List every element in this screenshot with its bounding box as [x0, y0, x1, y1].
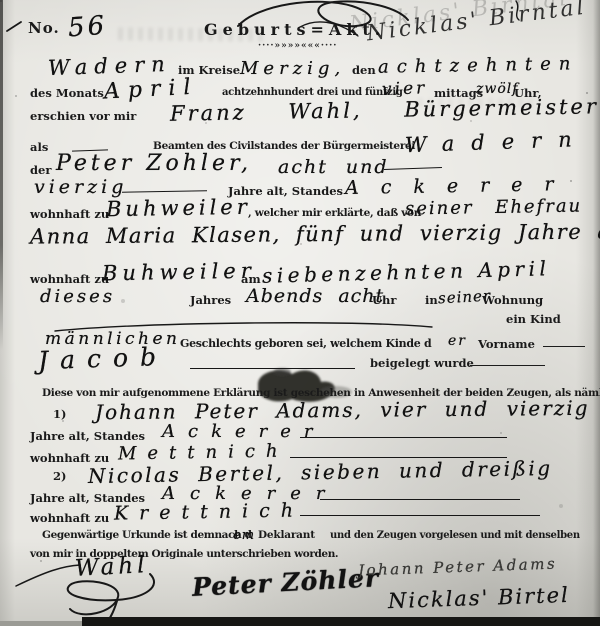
header-annotation: Nicklas' Birntal: [365, 0, 587, 45]
field-declaration-place: Wadern: [48, 54, 172, 79]
label-jahres: Jahres: [190, 294, 231, 307]
field-year-written: vier: [382, 80, 428, 99]
witness2-number: 2): [53, 470, 66, 483]
field-declarant-occupation: Ackerer: [345, 175, 576, 198]
scan-edge-bottom-left: [0, 621, 84, 626]
witness1-number: 1): [53, 408, 66, 421]
label-als: als: [30, 141, 48, 154]
field-official-name: Franz Wahl, Bürgermeister: [170, 96, 599, 124]
field-day: achtzehnten: [378, 55, 579, 76]
witness2-residence-label: wohnhaft zu: [30, 512, 109, 525]
witness1-occupation: Ackerer: [162, 423, 326, 441]
witness2-occupation-dash: [320, 499, 520, 500]
label-wohnhaft-declarant: wohnhaft zu: [30, 208, 109, 221]
signature-witness1: Johann Peter Adams: [358, 557, 558, 579]
field-child-name: Jacob: [38, 344, 169, 374]
title-ornament: ····»»»»«««····: [258, 42, 337, 52]
blank-dash-vorname: [543, 346, 585, 347]
label-am: am: [241, 273, 261, 286]
witness1-name-age: Johann Peter Adams, vier und vierzig: [95, 398, 590, 422]
field-declarant-name: Peter Zohler,: [56, 153, 252, 175]
witness1-age-label: Jahre alt, Standes: [30, 430, 145, 443]
field-month: April: [103, 77, 199, 104]
label-beigelegt: beigelegt wurde: [370, 357, 474, 370]
field-der-suffix: er: [448, 334, 467, 348]
label-der: der: [30, 164, 51, 177]
blank-dash-beigelegt: [470, 365, 545, 366]
blank-dash-childname: [190, 368, 355, 369]
label-in: in: [425, 294, 438, 307]
label-ein-kind: ein Kind: [506, 313, 561, 326]
signature-declarant: Peter Zöhler: [191, 565, 379, 600]
label-uhr2: Uhr: [372, 294, 396, 307]
field-declarant-age-part2: vierzig: [34, 178, 127, 197]
field-municipality: Wadern: [405, 129, 589, 156]
label-den: den: [352, 64, 376, 77]
label-year-printed: achtzehnhundert drei und fünfzig: [222, 87, 403, 98]
field-declarant-age-part1: acht und: [278, 158, 389, 177]
label-erschien: erschien vor mir: [30, 110, 136, 123]
field-declarant-residence: Buhweiler: [106, 197, 251, 221]
blank-dash-vierzig: [122, 190, 207, 192]
closing-deklarant: Deklarant: [258, 530, 315, 542]
label-welcher-erklaerte: , welcher mir erklärte, daß von: [248, 208, 421, 220]
closing-part3: und den Zeugen vorgelesen und mit densel…: [330, 530, 580, 541]
field-seiner-ehefrau: seiner Ehefrau: [405, 197, 582, 218]
closing-part1: Gegenwärtige Urkunde ist demnach d: [42, 530, 252, 542]
witness1-residence-label: wohnhaft zu: [30, 452, 109, 465]
page-title: Geburts=Akt.: [204, 21, 385, 39]
witness2-residence: Krettnich: [114, 501, 304, 523]
label-des-monats: des Monats: [30, 87, 104, 100]
field-birth-day: siebenzehnten April: [262, 258, 551, 286]
record-number-value: 56: [67, 13, 108, 42]
scan-edge-left: [0, 0, 3, 350]
field-birth-residence: Buhweiler: [102, 261, 256, 285]
field-hour: zwölf: [476, 82, 518, 96]
label-geschlechts: Geschlechts geboren sei, welchem Kinde d: [180, 338, 431, 350]
field-mother-name-age: Anna Maria Klasen, fünf und vierzig Jahr…: [30, 221, 600, 247]
birth-record-document: No. 56 Geburts=Akt. ····»»»»«««···· Nick…: [0, 0, 600, 626]
field-dieses: dieses: [40, 288, 115, 306]
label-wohnung: Wohnung: [482, 294, 543, 307]
field-birth-time: Abends acht: [246, 287, 384, 306]
closing-dem: em: [233, 529, 255, 542]
witness2-name-age: Nicolas Bertel, sieben und dreißig: [88, 458, 553, 486]
record-number-label: No.: [28, 20, 60, 37]
scan-edge-bottom: [82, 617, 600, 626]
witness2-residence-dash: [300, 515, 540, 516]
field-kreis: Merzig,: [240, 60, 345, 78]
witness1-occupation-dash: [300, 437, 507, 438]
signature-witness2: Nicklas' Birtel: [388, 585, 570, 612]
label-wohnhaft-birth: wohnhaft zu: [30, 273, 109, 286]
blank-dash-age: [384, 167, 442, 170]
signature-official: Wahl: [74, 554, 149, 581]
label-vorname: Vorname: [478, 338, 535, 351]
